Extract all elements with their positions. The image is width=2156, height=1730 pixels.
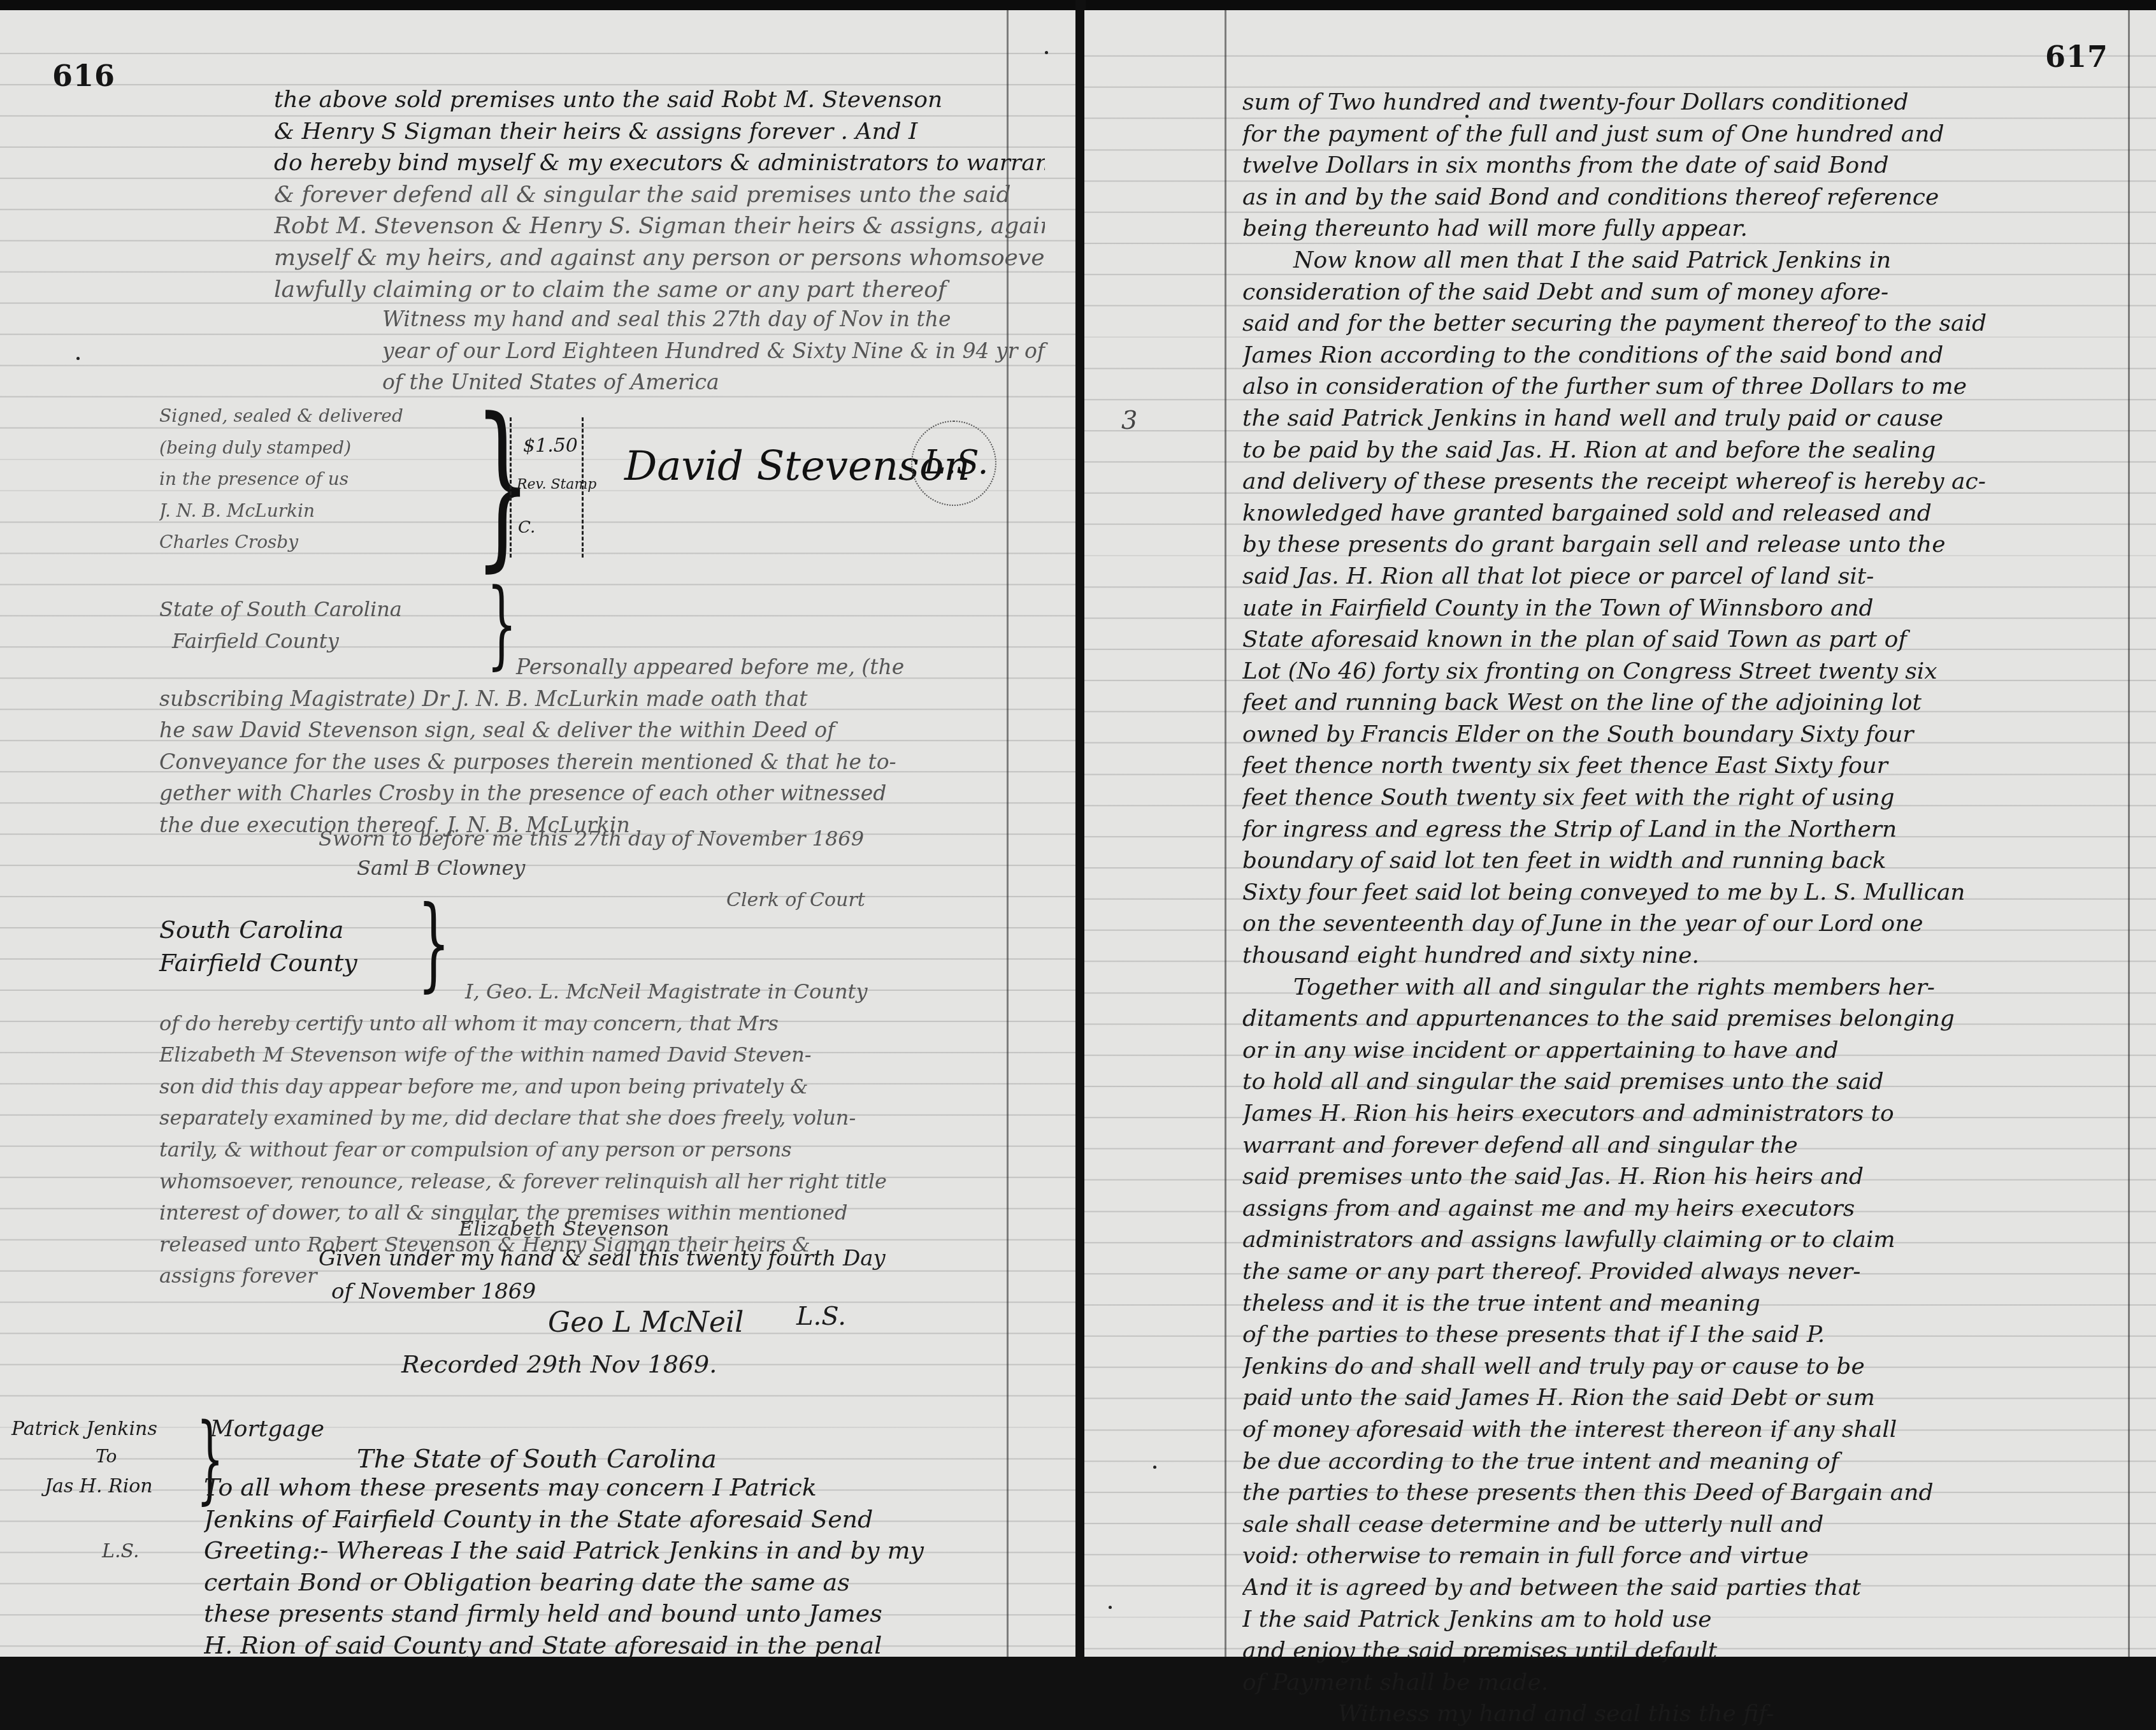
text-line: of do hereby certify unto all whom it ma… — [159, 1008, 1051, 1040]
text-line: the parties to these presents then this … — [1242, 1477, 2134, 1509]
text-line: said Jas. H. Rion all that lot piece or … — [1242, 561, 2134, 593]
ledger-spread: 616 the above sold premises unto the sai… — [0, 0, 2156, 1657]
magistrate-seal: L.S. — [796, 1304, 846, 1329]
given-line-2: of November 1869 — [331, 1281, 536, 1302]
text-line: certain Bond or Obligation bearing date … — [204, 1567, 1045, 1599]
text-line: Witness my hand and seal this 27th day o… — [382, 303, 1051, 335]
ink-speck — [1045, 51, 1048, 54]
stamp-label: Rev. Stamp — [517, 478, 596, 492]
clerk-signature: Saml B Clowney — [357, 858, 525, 878]
text-line: feet and running back West on the line o… — [1242, 687, 2134, 719]
renunciation-venue-county: Fairfield County — [159, 951, 357, 975]
text-line: James Rion according to the conditions o… — [1242, 340, 2134, 371]
text-line: the same or any part thereof. Provided a… — [1242, 1256, 2134, 1288]
text-line: feet thence South twenty six feet with t… — [1242, 782, 2134, 814]
text-line: being thereunto had will more fully appe… — [1242, 213, 2134, 245]
text-line: and enjoy the said premises until defaul… — [1242, 1635, 2134, 1657]
text-line: Robt M. Stevenson & Henry S. Sigman thei… — [274, 210, 1045, 242]
text-line: sale shall cease determine and be utterl… — [1242, 1509, 2134, 1541]
text-line: gether with Charles Crosby in the presen… — [159, 777, 1051, 809]
text-line: subscribing Magistrate) Dr J. N. B. McLu… — [159, 683, 1051, 715]
text-line: also in consideration of the further sum… — [1242, 371, 2134, 403]
text-line: son did this day appear before me, and u… — [159, 1071, 1051, 1103]
text-line: to be paid by the said Jas. H. Rion at a… — [1242, 435, 2134, 466]
text-line: do hereby bind myself & my executors & a… — [274, 147, 1045, 179]
text-line: James H. Rion his heirs executors and ad… — [1242, 1098, 2134, 1130]
text-line: & Henry S Sigman their heirs & assigns f… — [274, 116, 1045, 148]
text-line: Lot (No 46) forty six fronting on Congre… — [1242, 656, 2134, 688]
text-line: Jenkins of Fairfield County in the State… — [204, 1504, 1045, 1536]
text-line: owned by Francis Elder on the South boun… — [1242, 719, 2134, 751]
text-line: or in any wise incident or appertaining … — [1242, 1035, 2134, 1067]
text-line: uate in Fairfield County in the Town of … — [1242, 593, 2134, 624]
page-number-left: 616 — [52, 59, 115, 93]
text-line: warrant and forever defend all and singu… — [1242, 1130, 2134, 1162]
text-line: administrators and assigns lawfully clai… — [1242, 1224, 2134, 1256]
seal-mark: L.S. — [924, 446, 988, 479]
text-line: Jenkins do and shall well and truly pay … — [1242, 1351, 2134, 1383]
text-line: I the said Patrick Jenkins am to hold us… — [1242, 1604, 2134, 1636]
text-line: thousand eight hundred and sixty nine. — [1242, 940, 2134, 972]
text-line: separately examined by me, did declare t… — [159, 1102, 1051, 1134]
text-line: year of our Lord Eighteen Hundred & Sixt… — [382, 335, 1051, 367]
text-line: I, Geo. L. McNeil Magistrate in County — [159, 976, 1051, 1008]
right-margin-mark: 3 — [1121, 408, 1137, 433]
deed-continuation: the above sold premises unto the said Ro… — [274, 84, 1045, 305]
right-page-left-margin-rule — [1225, 10, 1226, 1657]
sworn-line: Sworn to before me this 27th day of Nove… — [319, 828, 864, 849]
margin-party-grantor: Patrick Jenkins — [11, 1420, 157, 1439]
mortgage-type-label: Mortgage — [210, 1418, 324, 1441]
mortgage-body-left: To all whom these presents may concern I… — [204, 1472, 1045, 1657]
text-line: tarily, & without fear or compulsion of … — [159, 1134, 1051, 1166]
renunciation-venue-state: South Carolina — [159, 918, 343, 942]
text-line: the said Patrick Jenkins in hand well an… — [1242, 403, 2134, 435]
renunciation-body: I, Geo. L. McNeil Magistrate in County o… — [159, 976, 1051, 1292]
text-line: Greeting:- Whereas I the said Patrick Je… — [204, 1535, 1045, 1567]
text-line: Together with all and singular the right… — [1242, 972, 2134, 1004]
text-line: the above sold premises unto the said Ro… — [274, 84, 1045, 116]
affidavit-venue-state: State of South Carolina — [159, 599, 402, 619]
text-line: whomsoever, renounce, release, & forever… — [159, 1166, 1051, 1198]
text-line: of the parties to these presents that if… — [1242, 1319, 2134, 1351]
text-line: assigns from and against me and my heirs… — [1242, 1193, 2134, 1225]
text-line: said and for the better securing the pay… — [1242, 308, 2134, 340]
text-line: be due according to the true intent and … — [1242, 1446, 2134, 1478]
text-line: State aforesaid known in the plan of sai… — [1242, 624, 2134, 656]
text-line: Personally appeared before me, (the — [159, 651, 1051, 683]
affidavit-body: Personally appeared before me, (the subs… — [159, 651, 1051, 841]
text-line: H. Rion of said County and State aforesa… — [204, 1630, 1045, 1657]
ink-speck — [76, 357, 80, 360]
text-line: myself & my heirs, and against any perso… — [274, 242, 1045, 274]
text-line: Conveyance for the uses & purposes there… — [159, 746, 1051, 778]
affidavit-venue-county: Fairfield County — [172, 631, 339, 651]
text-line: Elizabeth M Stevenson wife of the within… — [159, 1039, 1051, 1071]
signing-witnesses: Signed, sealed & delivered (being duly s… — [159, 400, 491, 558]
ink-speck — [1465, 115, 1469, 118]
text-line: Charles Crosby — [159, 526, 491, 558]
text-line: for the payment of the full and just sum… — [1242, 119, 2134, 150]
text-line: To all whom these presents may concern I… — [204, 1472, 1045, 1504]
stamp-mark: C. — [518, 519, 535, 536]
margin-party-to: To — [96, 1448, 117, 1466]
text-line: consideration of the said Debt and sum o… — [1242, 277, 2134, 308]
text-line: paid unto the said James H. Rion the sai… — [1242, 1382, 2134, 1414]
margin-party-grantee: Jas H. Rion — [45, 1477, 153, 1496]
clerk-title: Clerk of Court — [726, 891, 865, 910]
text-line: in the presence of us — [159, 463, 491, 495]
magistrate-signature: Geo L McNeil — [548, 1309, 744, 1337]
text-line: twelve Dollars in six months from the da… — [1242, 150, 2134, 182]
text-line: And it is agreed by and between the said… — [1242, 1572, 2134, 1604]
text-line: on the seventeenth day of June in the ye… — [1242, 908, 2134, 940]
text-line: sum of Two hundred and twenty-four Dolla… — [1242, 87, 2134, 119]
text-line: Sixty four feet said lot being conveyed … — [1242, 877, 2134, 909]
revenue-stamp-box: $1.50 Rev. Stamp C. — [510, 417, 584, 558]
ink-speck — [1153, 1466, 1156, 1469]
text-line: to hold all and singular the said premis… — [1242, 1066, 2134, 1098]
text-line: as in and by the said Bond and condition… — [1242, 182, 2134, 213]
text-line: feet thence north twenty six feet thence… — [1242, 750, 2134, 782]
text-line: void: otherwise to remain in full force … — [1242, 1540, 2134, 1572]
stamp-amount: $1.50 — [523, 436, 578, 456]
text-line: for ingress and egress the Strip of Land… — [1242, 814, 2134, 846]
text-line: & forever defend all & singular the said… — [274, 179, 1045, 211]
text-line: he saw David Stevenson sign, seal & deli… — [159, 714, 1051, 746]
text-line: theless and it is the true intent and me… — [1242, 1288, 2134, 1320]
text-line: J. N. B. McLurkin — [159, 495, 491, 527]
text-line: lawfully claiming or to claim the same o… — [274, 274, 1045, 306]
mortgage-title: The State of South Carolina — [357, 1446, 717, 1472]
text-line: (being duly stamped) — [159, 432, 491, 464]
margin-ls-mark: L.S. — [102, 1542, 139, 1561]
mortgage-body-right: sum of Two hundred and twenty-four Dolla… — [1242, 87, 2134, 1657]
text-line: boundary of said lot ten feet in width a… — [1242, 845, 2134, 877]
ink-speck — [1109, 1606, 1112, 1609]
text-line: these presents stand firmly held and bou… — [204, 1598, 1045, 1630]
recorded-line: Recorded 29th Nov 1869. — [401, 1352, 717, 1376]
text-line: Now know all men that I the said Patrick… — [1242, 245, 2134, 277]
text-line: Signed, sealed & delivered — [159, 400, 491, 432]
text-line: of money aforesaid with the interest the… — [1242, 1414, 2134, 1446]
text-line: knowledged have granted bargained sold a… — [1242, 498, 2134, 530]
page-number-right: 617 — [2045, 40, 2108, 74]
wife-signature: Elizabeth Stevenson — [459, 1218, 669, 1239]
text-line: and delivery of these presents the recei… — [1242, 466, 2134, 498]
given-line-1: Given under my hand & seal this twenty f… — [319, 1248, 886, 1269]
text-line: said premises unto the said Jas. H. Rion… — [1242, 1161, 2134, 1193]
text-line: by these presents do grant bargain sell … — [1242, 529, 2134, 561]
text-line: ditaments and appurtenances to the said … — [1242, 1003, 2134, 1035]
